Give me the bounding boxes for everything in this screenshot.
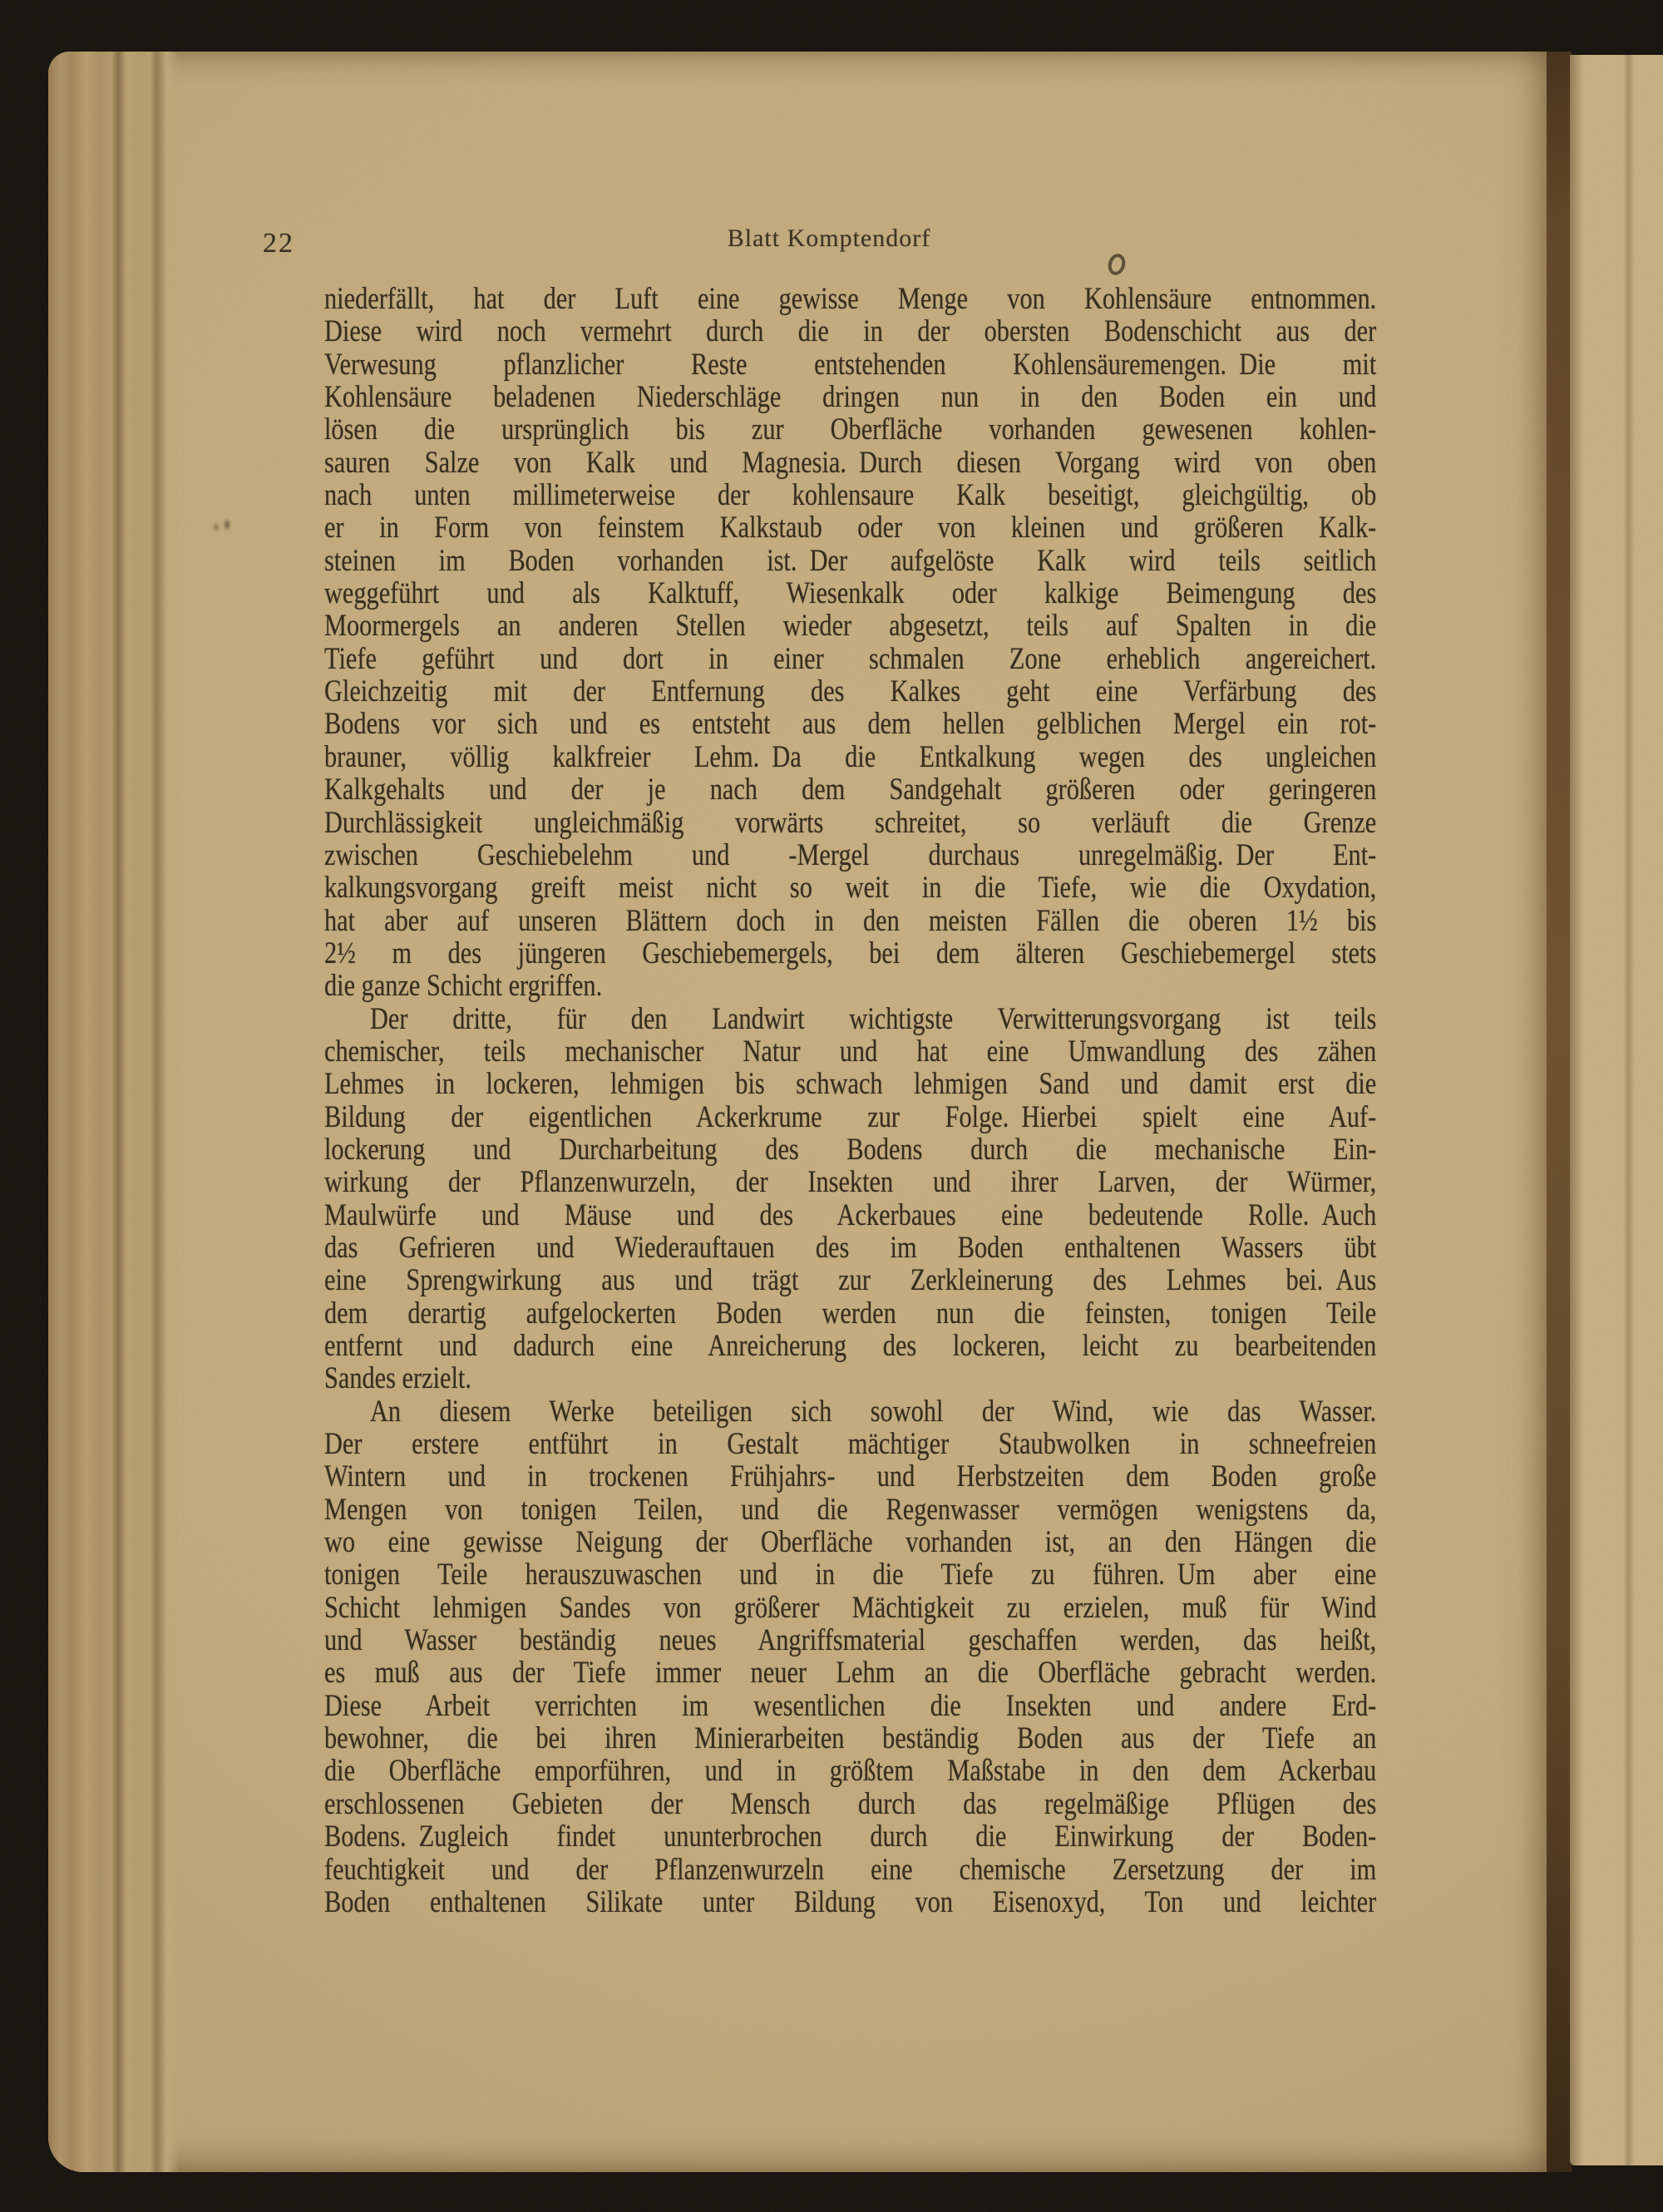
text-line: es muß aus der Tiefe immer neuer Lehm an… <box>324 1657 1376 1689</box>
adjacent-page-edge <box>1570 55 1663 2165</box>
text-line: Kalkgehalts und der je nach dem Sandgeha… <box>324 773 1376 806</box>
text-line: dem derartig aufgelockerten Boden werden… <box>324 1297 1376 1330</box>
text-line: tonigen Teile herauszuwaschen und in die… <box>324 1558 1376 1591</box>
text-line: Mengen von tonigen Teilen, und die Regen… <box>324 1494 1376 1526</box>
text-line: lösen die ursprünglich bis zur Oberfläch… <box>324 413 1376 446</box>
text-line: chemischer, teils mechanischer Natur und… <box>324 1035 1376 1068</box>
text-line: brauner, völlig kalkfreier Lehm. Da die … <box>324 741 1376 773</box>
text-line: die Oberfläche emporführen, und in größt… <box>324 1755 1376 1787</box>
text-line: er in Form von feinstem Kalkstaub oder v… <box>324 511 1376 544</box>
text-line: Schicht lehmigen Sandes von größerer Mäc… <box>324 1592 1376 1624</box>
book-scan: 22 Blatt Komptendorf niederfällt, hat de… <box>0 0 1663 2212</box>
text-line: steinen im Boden vorhanden ist. Der aufg… <box>324 545 1376 577</box>
text-line: Lehmes in lockeren, lehmigen bis schwach… <box>324 1068 1376 1100</box>
text-line: wo eine gewisse Neigung der Oberfläche v… <box>324 1526 1376 1558</box>
text-line: Boden enthaltenen Silikate unter Bildung… <box>324 1886 1376 1918</box>
text-line: Der erstere entführt in Gestalt mächtige… <box>324 1428 1376 1460</box>
page-number: 22 <box>263 228 294 259</box>
text-line: und Wasser beständig neues Angriffsmater… <box>324 1624 1376 1657</box>
text-line: Diese wird noch vermehrt durch die in de… <box>324 315 1376 348</box>
text-line: weggeführt und als Kalktuff, Wiesenkalk … <box>324 577 1376 610</box>
text-line: Sandes erzielt. <box>324 1362 1376 1395</box>
text-line: das Gefrieren und Wiederauftauen des im … <box>324 1232 1376 1264</box>
text-line: 2½ m des jüngeren Geschiebemergels, bei … <box>324 937 1376 970</box>
book-page: 22 Blatt Komptendorf niederfällt, hat de… <box>48 52 1548 2172</box>
text-line: wirkung der Pflanzenwurzeln, der Insekte… <box>324 1166 1376 1198</box>
text-line: Bodens. Zugleich findet ununterbrochen d… <box>324 1820 1376 1853</box>
text-line: sauren Salze von Kalk und Magnesia. Durc… <box>324 447 1376 479</box>
text-line: Wintern und in trockenen Frühjahrs- und … <box>324 1460 1376 1493</box>
print-artifact-mark <box>1106 252 1128 278</box>
text-line: bewohner, die bei ihren Minierarbeiten b… <box>324 1722 1376 1755</box>
text-line: entfernt und dadurch eine Anreicherung d… <box>324 1330 1376 1362</box>
text-line: Bodens vor sich und es entsteht aus dem … <box>324 708 1376 740</box>
running-header: Blatt Komptendorf <box>728 225 930 253</box>
text-line: Verwesung pflanzlicher Reste entstehende… <box>324 348 1376 381</box>
text-line: feuchtigkeit und der Pflanzenwurzeln ein… <box>324 1854 1376 1886</box>
text-line: An diesem Werke beteiligen sich sowohl d… <box>324 1395 1376 1428</box>
text-line: nach unten millimeterweise der kohlensau… <box>324 479 1376 511</box>
body-text: niederfällt, hat der Luft eine gewisse M… <box>324 283 1376 1918</box>
text-line: Tiefe geführt und dort in einer schmalen… <box>324 643 1376 675</box>
text-line: niederfällt, hat der Luft eine gewisse M… <box>324 283 1376 315</box>
text-line: Bildung der eigentlichen Ackerkrume zur … <box>324 1101 1376 1133</box>
text-line: Diese Arbeit verrichten im wesentlichen … <box>324 1690 1376 1722</box>
page-edge-stack <box>48 52 180 2172</box>
text-line: hat aber auf unseren Blättern doch in de… <box>324 905 1376 937</box>
text-line: Der dritte, für den Landwirt wichtigste … <box>324 1003 1376 1035</box>
text-line: Moormergels an anderen Stellen wieder ab… <box>324 610 1376 642</box>
text-line: die ganze Schicht ergriffen. <box>324 970 1376 1002</box>
text-line: eine Sprengwirkung aus und trägt zur Zer… <box>324 1264 1376 1296</box>
text-line: Gleichzeitig mit der Entfernung des Kalk… <box>324 675 1376 708</box>
text-line: Maulwürfe und Mäuse und des Ackerbaues e… <box>324 1199 1376 1232</box>
ink-smudge-mark <box>208 514 236 539</box>
text-line: erschlossenen Gebieten der Mensch durch … <box>324 1788 1376 1820</box>
text-line: Durchlässigkeit ungleichmäßig vorwärts s… <box>324 807 1376 839</box>
text-line: Kohlensäure beladenen Niederschläge drin… <box>324 381 1376 413</box>
text-line: zwischen Geschiebelehm und -Mergel durch… <box>324 839 1376 871</box>
text-line: kalkungsvorgang greift meist nicht so we… <box>324 871 1376 904</box>
text-line: lockerung und Durcharbeitung des Bodens … <box>324 1133 1376 1166</box>
gutter-shadow <box>1547 52 1572 2172</box>
